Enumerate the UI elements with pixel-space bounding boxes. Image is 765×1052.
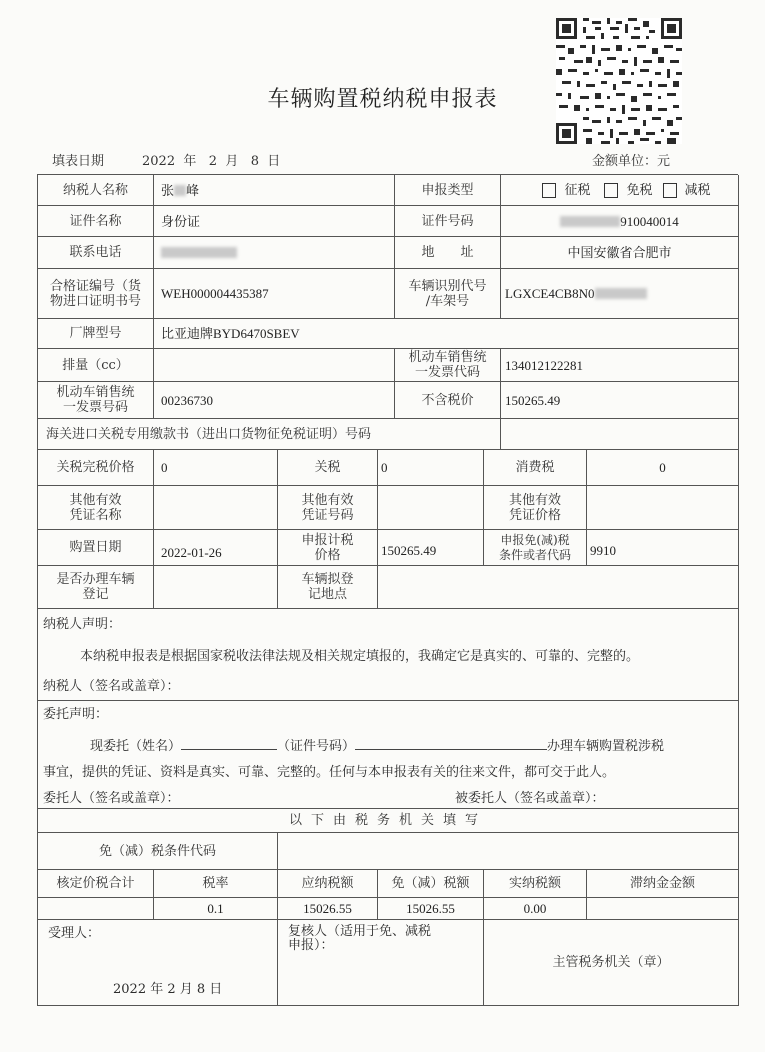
tariff: 0 — [378, 450, 484, 486]
customs-value-label: 关税完税价格 — [38, 450, 154, 486]
reg-place-label: 车辆拟登记地点 — [278, 566, 378, 609]
tax-paid: 0.00 — [484, 898, 587, 920]
checkbox-reduce[interactable] — [663, 183, 677, 198]
id-number: 910040014 — [501, 206, 739, 237]
registration-label: 是否办理车辆登记 — [38, 566, 154, 609]
other-name — [154, 486, 278, 530]
displacement — [154, 349, 395, 382]
label-line: 其他有效 — [509, 493, 561, 508]
declare-type-options: 征税 免税 减税 — [501, 175, 739, 206]
fill-date-year: 2022 — [142, 154, 175, 169]
entrust-purpose: 办理车辆购置税涉税 — [547, 739, 664, 754]
tax-exempted: 15026.55 — [378, 898, 484, 920]
invoice-no: 00236730 — [154, 382, 395, 419]
option-exempt: 免税 — [626, 183, 652, 198]
label-line: 复核人（适用于免、减税 — [288, 925, 431, 939]
redacted-text — [161, 247, 237, 258]
invoice-no-label: 机动车销售统一发票号码 — [38, 382, 154, 419]
label-line: 凭证号码 — [301, 508, 353, 523]
entrust-line-2: 事宜，提供的凭证、资料是真实、可靠、完整的。任何与本申报表有关的往来文件，都可交… — [43, 765, 615, 780]
label-line: 是否办理车辆 — [56, 572, 134, 587]
cert-number: WEH000004435387 — [154, 269, 395, 319]
exemption-label: 申报免(减)税条件或者代码 — [484, 530, 587, 566]
declared-price: 150265.49 — [378, 530, 484, 566]
vin: LGXCE4CB8N0 — [501, 269, 739, 319]
fill-date: 2022 年 2 月 8 日 — [142, 150, 280, 169]
redacted-text — [174, 185, 186, 196]
taxpayer-declaration: 纳税人声明： 本纳税申报表是根据国家税收法律法规及相关规定填报的，我确定它是真实… — [38, 609, 739, 701]
vin-visible: LGXCE4CB8N0 — [505, 286, 595, 301]
label-line: 车辆识别代号 — [408, 279, 486, 294]
redacted-text — [560, 216, 620, 227]
taxpayer-signature: 纳税人（签名或盖章）： — [43, 679, 180, 694]
id-name: 身份证 — [154, 206, 395, 237]
customs-label: 海关进口关税专用缴款书（进出口货物征免税证明）号码 — [38, 419, 501, 450]
agent-signature: 被委托人（签名或盖章）： — [455, 791, 605, 806]
id-number-label: 证件号码 — [395, 206, 501, 237]
day-unit: 日 — [267, 154, 280, 169]
tax-office-title: 以下由税务机关填写 — [38, 809, 739, 833]
entrust-name-label: 现委托（姓名） — [90, 739, 181, 754]
label-line: 申报计税 — [301, 533, 353, 548]
taxpayer-name: 张峰 — [154, 175, 395, 206]
displacement-label: 排量（cc） — [38, 349, 154, 382]
label-line: 合格证编号（货 — [50, 279, 141, 294]
option-reduce: 减税 — [685, 183, 711, 198]
invoice-code: 134012122281 — [501, 349, 739, 382]
entrust-title: 委托声明： — [43, 707, 108, 722]
price-excl-tax: 150265.49 — [501, 382, 739, 419]
other-no-label: 其他有效凭证号码 — [278, 486, 378, 530]
label-line: 凭证价格 — [509, 508, 561, 523]
label-line: 条件或者代码 — [499, 548, 571, 563]
col-header: 应纳税额 — [278, 870, 378, 898]
fill-date-month: 2 — [209, 154, 217, 169]
col-header: 免（减）税额 — [378, 870, 484, 898]
exemption-code: 9910 — [587, 530, 739, 566]
tax-rate: 0.1 — [154, 898, 278, 920]
declare-type-label: 申报类型 — [395, 175, 501, 206]
tax-payable: 15026.55 — [278, 898, 378, 920]
address-label: 地 址 — [395, 237, 501, 269]
label-line: 车辆拟登 — [301, 572, 353, 587]
month-unit: 月 — [225, 154, 238, 169]
label-line: 机动车销售统 — [408, 350, 486, 365]
label-line: /车架号 — [426, 294, 469, 309]
checkbox-levy[interactable] — [542, 183, 556, 198]
declared-price-label: 申报计税价格 — [278, 530, 378, 566]
fill-date-label: 填表日期 — [52, 150, 104, 169]
authority-seal: 主管税务机关（章） — [484, 920, 739, 1006]
other-no — [378, 486, 484, 530]
label-line: 登记 — [82, 587, 108, 602]
checkbox-exempt[interactable] — [604, 183, 618, 198]
other-price-label: 其他有效凭证价格 — [484, 486, 587, 530]
entrust-line-1: 现委托（姓名）（证件号码）办理车辆购置税涉税 — [90, 737, 664, 754]
vin-label: 车辆识别代号/车架号 — [395, 269, 501, 319]
qr-code — [556, 18, 682, 144]
option-levy: 征税 — [564, 183, 590, 198]
consumption-tax: 0 — [587, 450, 739, 486]
label-line: 其他有效 — [69, 493, 121, 508]
model-label: 厂牌型号 — [38, 319, 154, 349]
amount-unit: 金额单位：元 — [592, 150, 670, 169]
declaration-title: 纳税人声明： — [43, 617, 121, 632]
invoice-code-label: 机动车销售统一发票代码 — [395, 349, 501, 382]
customs-value — [501, 419, 739, 450]
col-header: 滞纳金金额 — [587, 870, 739, 898]
customs-dutiable-value: 0 — [154, 450, 278, 486]
declaration-table: 纳税人名称 张峰 申报类型 征税 免税 减税 证件名称 身份证 证件号码 910… — [37, 174, 738, 1006]
id-name-label: 证件名称 — [38, 206, 154, 237]
handler-date: 2022 年 2 月 8 日 — [113, 982, 222, 997]
other-price — [587, 486, 739, 530]
label-line: 价格 — [314, 548, 340, 563]
label-line: 物进口证明书号 — [50, 294, 141, 309]
office-exemption-code — [278, 833, 739, 870]
entrust-id-label: （证件号码） — [277, 739, 355, 754]
col-header: 实纳税额 — [484, 870, 587, 898]
handler-cell: 受理人： 2022 年 2 月 8 日 — [38, 920, 278, 1006]
price-excl-tax-label: 不含税价 — [395, 382, 501, 419]
redacted-text — [595, 288, 647, 299]
reg-place — [378, 566, 739, 609]
taxpayer-name-label: 纳税人名称 — [38, 175, 154, 206]
name-first: 张 — [161, 183, 174, 198]
label-line: 申报）： — [288, 939, 431, 953]
phone-label: 联系电话 — [38, 237, 154, 269]
label-line: 一发票号码 — [63, 400, 128, 415]
declaration-text: 本纳税申报表是根据国家税收法律法规及相关规定填报的，我确定它是真实的、可靠的、完… — [80, 649, 639, 664]
late-fee — [587, 898, 739, 920]
name-last: 峰 — [186, 183, 199, 198]
fill-date-day: 8 — [251, 154, 259, 169]
label-line: 凭证名称 — [69, 508, 121, 523]
reviewer-label: 复核人（适用于免、减税 申报）： — [288, 925, 431, 953]
table-cell — [38, 898, 154, 920]
registration — [154, 566, 278, 609]
tariff-label: 关税 — [278, 450, 378, 486]
purchase-date-label: 购置日期 — [38, 530, 154, 566]
address: 中国安徽省合肥市 — [501, 237, 739, 269]
handler-label: 受理人： — [48, 926, 100, 941]
id-number-visible: 910040014 — [620, 214, 679, 229]
label-line: 其他有效 — [301, 493, 353, 508]
phone — [154, 237, 395, 269]
label-line: 一发票代码 — [415, 365, 480, 380]
office-exemption-code-label: 免（减）税条件代码 — [38, 833, 278, 870]
col-header: 核定价税合计 — [38, 870, 154, 898]
cert-number-label: 合格证编号（货物进口证明书号 — [38, 269, 154, 319]
year-unit: 年 — [183, 154, 196, 169]
entrust-id-field[interactable] — [355, 737, 547, 750]
col-header: 税率 — [154, 870, 278, 898]
other-name-label: 其他有效凭证名称 — [38, 486, 154, 530]
reviewer-cell: 复核人（适用于免、减税 申报）： — [278, 920, 484, 1006]
label-line: 机动车销售统 — [56, 385, 134, 400]
entrust-name-field[interactable] — [181, 737, 277, 750]
entrust-declaration: 委托声明： 现委托（姓名）（证件号码）办理车辆购置税涉税 事宜，提供的凭证、资料… — [38, 701, 739, 809]
consumption-tax-label: 消费税 — [484, 450, 587, 486]
label-line: 记地点 — [308, 587, 347, 602]
model: 比亚迪牌BYD6470SBEV — [154, 319, 739, 349]
principal-signature: 委托人（签名或盖章）： — [43, 791, 180, 806]
purchase-date: 2022-01-26 — [154, 530, 278, 566]
label-line: 申报免(减)税 — [500, 533, 569, 548]
